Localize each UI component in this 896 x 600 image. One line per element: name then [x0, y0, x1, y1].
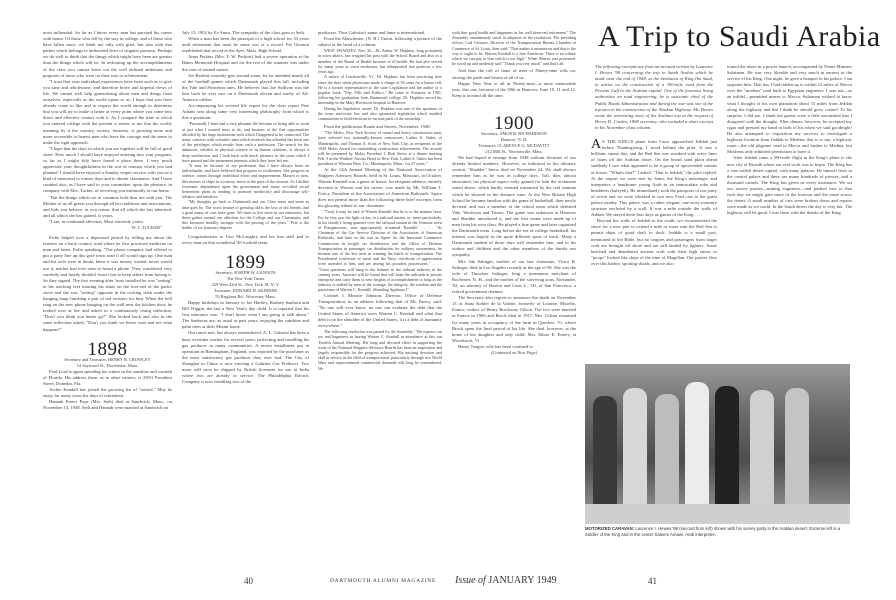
- quote-paragraph: "The Moles, New York Society of tunnel a…: [318, 130, 442, 166]
- paragraph: "I hope that the days in which you are t…: [43, 146, 172, 195]
- class-year-heading: 1900: [452, 121, 576, 127]
- paragraph: Anna Perkins (Mrs. F. W. Perkins) had a …: [182, 54, 309, 72]
- paragraph: From the Manchester, (N. H.) Union, foll…: [318, 36, 442, 48]
- quote-paragraph: The following resolution was passed by t…: [318, 329, 442, 371]
- quote-paragraph: "My thoughts go back to Dartmouth and ou…: [182, 199, 309, 230]
- article-paragraph: After Jeddah came a 500-mile flight in t…: [727, 155, 852, 216]
- signature: W. J. TUCKER": [43, 225, 172, 231]
- quote-paragraph: "It may be because of my profession that…: [182, 163, 309, 199]
- paragraph: "I trust that your individual experience…: [43, 79, 172, 146]
- class-year-heading: 1898: [43, 347, 172, 353]
- drop-cap: A: [591, 139, 601, 150]
- paragraph: Archie Kendall has joined the growing li…: [43, 387, 172, 399]
- class-year-heading: 1899: [182, 260, 309, 266]
- news-paragraph: WEST SWANZEY, Nov. 20—Dr. Arthur W. Hopk…: [318, 48, 442, 74]
- news-paragraph: During his legislative career, Dr. Hopki…: [318, 106, 442, 122]
- continued-note: (Continued on Next Page): [452, 350, 576, 356]
- paragraph: When a man has been the principal of a h…: [182, 36, 309, 54]
- paragraph: Joe Bartlett certainly gets around some,…: [182, 73, 309, 103]
- article-column-right: toured the shore in a power launch, acco…: [727, 64, 852, 362]
- column-4: wish him good health and happiness in hi…: [452, 30, 576, 565]
- article-photo: [585, 364, 850, 524]
- column-3: producers. Thus Galusha's name and fame …: [318, 30, 442, 560]
- paragraph: Erdix helped over a depressed period by …: [43, 235, 172, 333]
- paragraph: We had hoped to emerge from 1948 without…: [452, 155, 576, 259]
- paragraph: "But the things which we in common hold …: [43, 195, 172, 219]
- paragraph: Hannah Foster Pope (Mrs. Seth) died at S…: [43, 399, 172, 411]
- paragraph: Accompanying his revised life report for…: [182, 103, 309, 121]
- paragraph: The Secretary also regrets to announce t…: [452, 295, 576, 344]
- paragraph: Colonel J. Monroe Johnson, Director, Off…: [318, 293, 442, 330]
- article-paragraph: Beyond the walls of Jeddah to the south,…: [591, 218, 717, 267]
- magazine-footer: DARTMOUTH ALUMNI MAGAZINE: [330, 578, 436, 584]
- paragraph: most influential. So far as I know every…: [43, 30, 172, 79]
- article-column-left: The following excerpts are from an accou…: [591, 64, 717, 362]
- paragraph: Happy New Year to all in Ninety-nine—a m…: [452, 81, 576, 99]
- column-2: July 15, 1902 by Ev Snow. The sympathy o…: [182, 30, 309, 560]
- paragraph: Happy birthdays in January to Joe Hartle…: [182, 300, 309, 330]
- photo-caption: MOTORIZED CARAVAN: Laurence I. Hewes '98…: [585, 526, 850, 537]
- page-number-right: 41: [648, 576, 657, 586]
- column-1: most influential. So far as I know every…: [43, 30, 172, 560]
- paragraph: Mrs. Ida Salinger, mother of our late cl…: [452, 259, 576, 296]
- paragraph: At the 12th Annual Meeting of the Nation…: [318, 167, 442, 210]
- quote-paragraph: wish him good health and happiness in hi…: [452, 30, 576, 66]
- article-intro: The following excerpts are from an accou…: [591, 64, 717, 131]
- article-paragraph: AS THE KING'S plane from Cairo approache…: [591, 139, 717, 218]
- page-number-left: 40: [244, 576, 253, 586]
- issue-line: Issue of JANUARY 1949: [455, 575, 557, 586]
- quote-paragraph: "Personally I have had a very pleasant l…: [182, 121, 309, 163]
- paragraph: Our ranch met, but always remembered, A.…: [182, 330, 309, 385]
- article-paragraph: toured the shore in a power launch, acco…: [727, 64, 852, 155]
- caption-label: MOTORIZED CARAVAN:: [585, 526, 634, 531]
- news-paragraph: A native of Londonville, Vt., Dr. Hopkin…: [318, 74, 442, 105]
- paragraph: And thus the roll of fame of men of Nine…: [452, 68, 576, 80]
- paragraph: Congratulations to Tuss McLaughry and hi…: [182, 234, 309, 246]
- quote-paragraph: "Truly it may be said of Warren Kendall …: [318, 209, 442, 292]
- article-title: A Trip to Saudi Arabia: [598, 20, 896, 54]
- paragraph: Fred Lord is again spending his winter i…: [43, 369, 172, 387]
